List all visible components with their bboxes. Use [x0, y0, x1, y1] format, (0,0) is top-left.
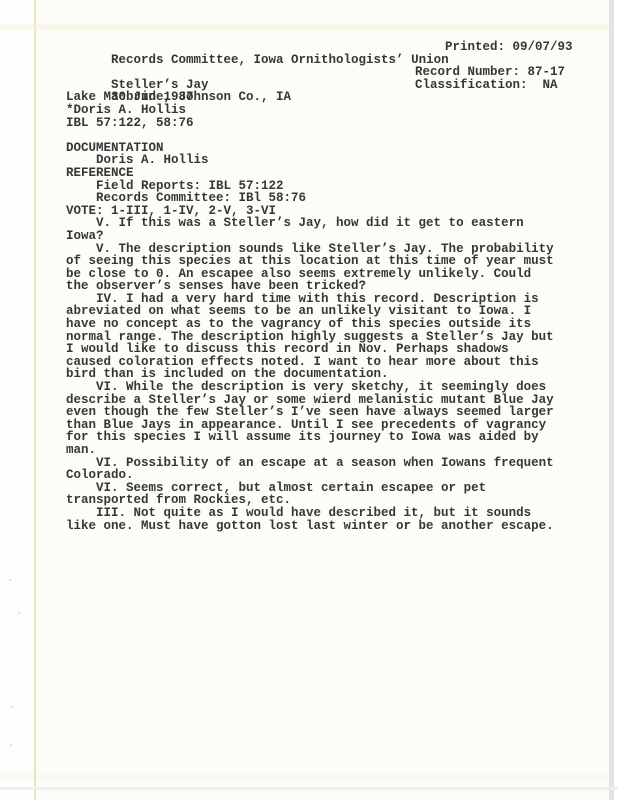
document-line: of seeing this species at this location …	[66, 255, 554, 268]
document-line: Doris A. Hollis	[66, 154, 554, 167]
classification: Classification: NA	[415, 79, 558, 92]
document-line: Iowa?	[66, 230, 554, 243]
scan-bottom-shading	[0, 775, 618, 779]
document-line: the observer’s senses have been tricked?	[66, 280, 554, 293]
document-line: for this species I will assume its journ…	[66, 431, 554, 444]
document-line: even though the few Steller’s I’ve seen …	[66, 406, 554, 419]
document-line: have no concept as to the vagrancy of th…	[66, 318, 554, 331]
document-line: Records Committee: IBl 58:76	[66, 192, 554, 205]
document-line: like one. Must have gotton lost last win…	[66, 520, 554, 533]
scan-left-margin	[0, 0, 34, 800]
document-line: Colorado.	[66, 469, 554, 482]
scanned-document-page: Records Committee, Iowa Ornithologists’ …	[0, 0, 618, 800]
scan-speck	[11, 706, 13, 708]
sighting-date: 30 Jun 1987	[111, 90, 194, 104]
org-title: Records Committee, Iowa Ornithologists’ …	[111, 53, 449, 67]
scan-right-margin	[614, 0, 618, 800]
header-row-3: 30 Jun 1987 Classification: NA	[66, 79, 554, 92]
document-line: III. Not quite as I would have described…	[66, 507, 554, 520]
document-line: REFERENCE	[66, 167, 554, 180]
printed-date: Printed: 09/07/93	[445, 41, 573, 54]
document-line: man.	[66, 444, 554, 457]
record-number: Record Number: 87-17	[415, 66, 565, 79]
scan-top-shading	[0, 24, 618, 30]
blank-line	[66, 129, 554, 142]
paper-bottom-edge	[0, 787, 618, 790]
document-line: I would like to discuss this record in N…	[66, 343, 554, 356]
paper-fold-line	[34, 0, 36, 800]
header-row-2: Steller’s Jay Record Number: 87-17	[66, 66, 554, 79]
scan-speck	[18, 612, 20, 614]
ibl-reference: IBL 57:122, 58:76	[66, 117, 554, 130]
header-row-1: Records Committee, Iowa Ornithologists’ …	[66, 41, 554, 54]
scan-speck	[10, 744, 12, 746]
scan-speck	[9, 579, 11, 581]
document-line: VI. While the description is very sketch…	[66, 381, 554, 394]
document-content: Records Committee, Iowa Ornithologists’ …	[66, 41, 554, 532]
document-line: V. If this was a Steller’s Jay, how did …	[66, 217, 554, 230]
observer-name: *Doris A. Hollis	[66, 104, 554, 117]
document-line: VI. Possibility of an escape at a season…	[66, 457, 554, 470]
